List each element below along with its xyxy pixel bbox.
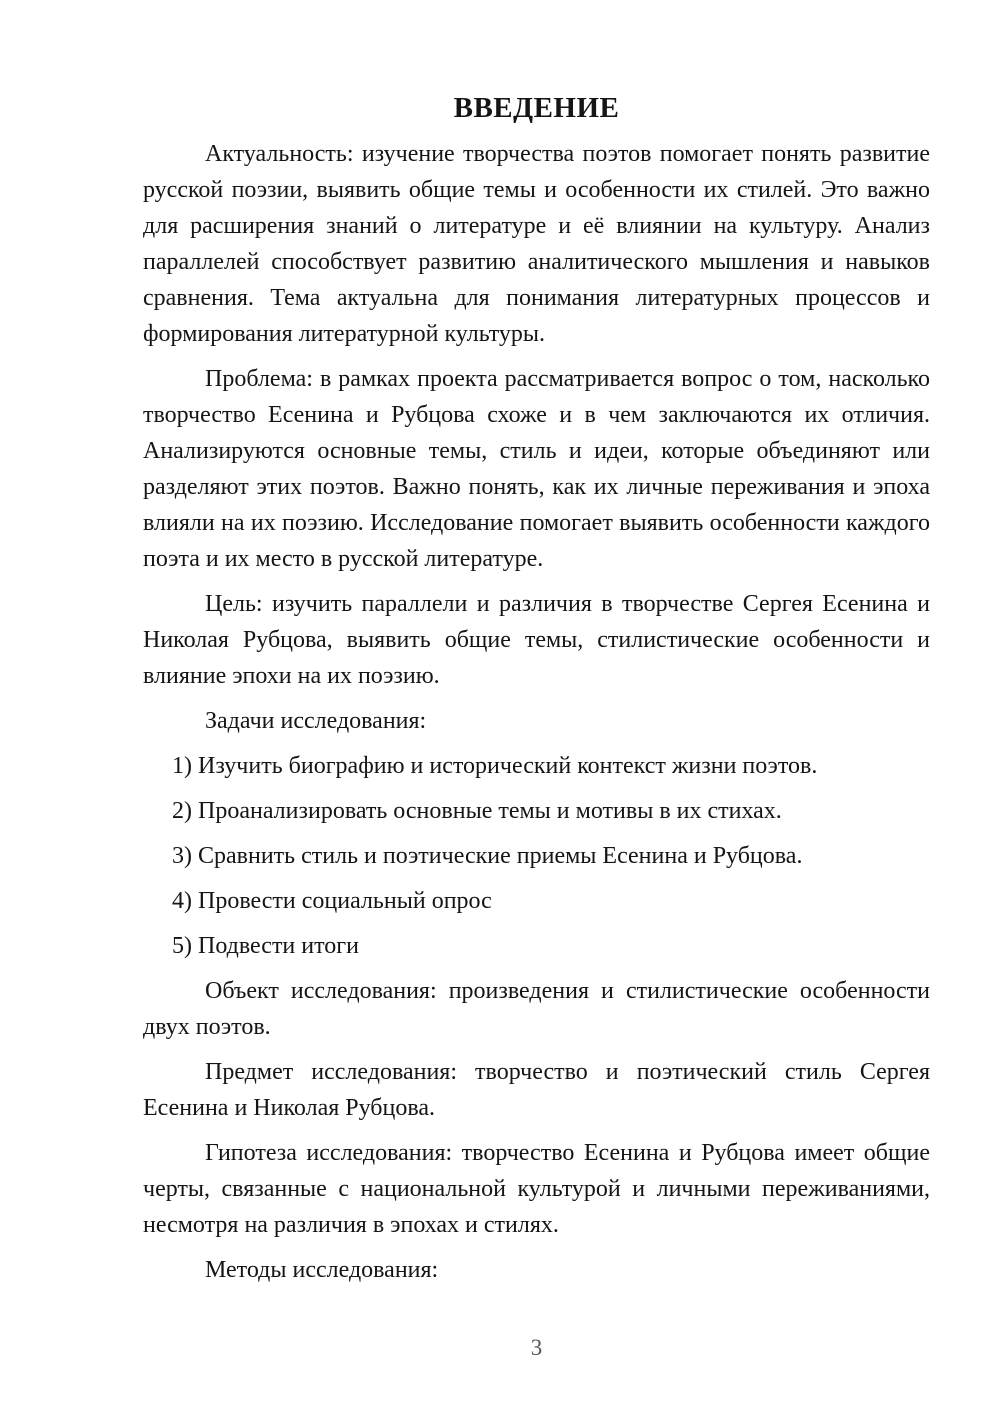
task-item-4: 4) Провести социальный опрос: [172, 883, 930, 919]
task-item-1: 1) Изучить биографию и исторический конт…: [172, 748, 930, 784]
paragraph-hypothesis: Гипотеза исследования: творчество Есенин…: [143, 1135, 930, 1243]
paragraph-object: Объект исследования: произведения и стил…: [143, 973, 930, 1045]
task-item-2: 2) Проанализировать основные темы и моти…: [172, 793, 930, 829]
document-page: ВВЕДЕНИЕ Актуальность: изучение творчест…: [0, 0, 1000, 1414]
tasks-heading: Задачи исследования:: [143, 703, 930, 739]
task-item-3: 3) Сравнить стиль и поэтические приемы Е…: [172, 838, 930, 874]
section-title: ВВЕДЕНИЕ: [143, 90, 930, 126]
paragraph-goal: Цель: изучить параллели и различия в тво…: [143, 586, 930, 694]
page-number: 3: [143, 1334, 930, 1362]
paragraph-relevance: Актуальность: изучение творчества поэтов…: [143, 136, 930, 352]
methods-heading: Методы исследования:: [143, 1252, 930, 1288]
paragraph-problem: Проблема: в рамках проекта рассматривает…: [143, 361, 930, 577]
task-item-5: 5) Подвести итоги: [172, 928, 930, 964]
paragraph-subject: Предмет исследования: творчество и поэти…: [143, 1054, 930, 1126]
